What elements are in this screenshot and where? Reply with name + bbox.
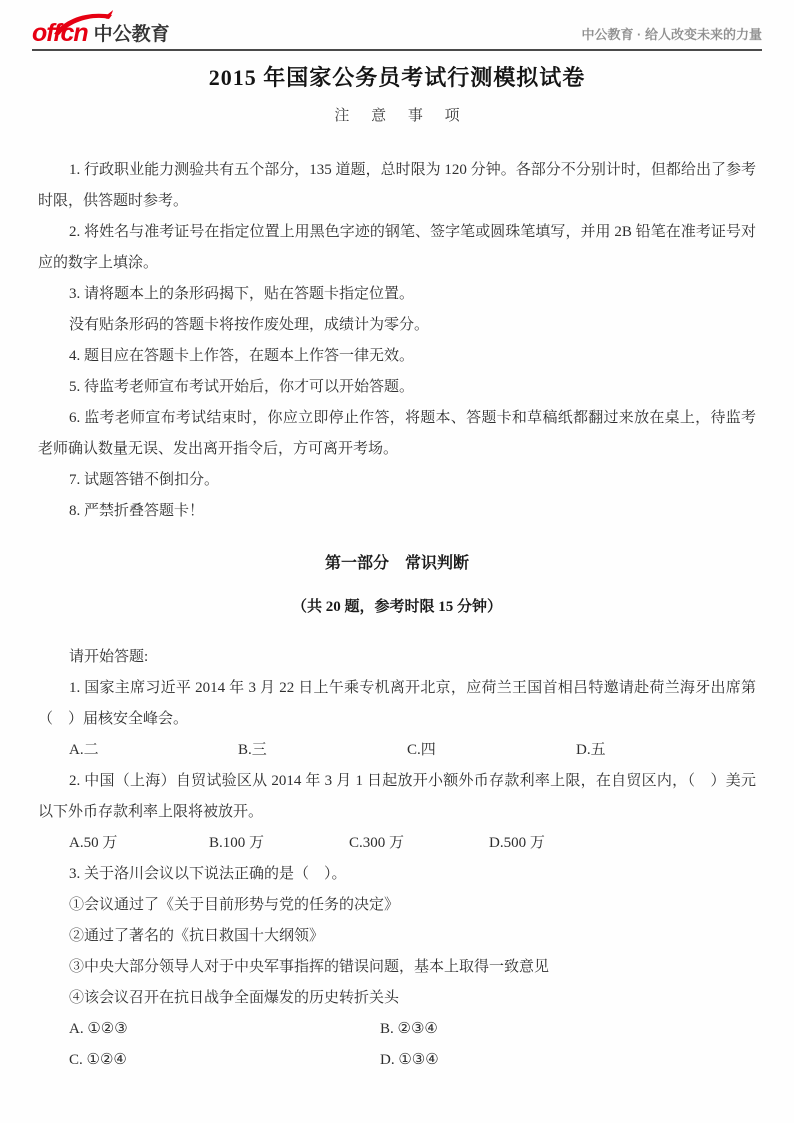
option-b: B.三 bbox=[238, 735, 407, 766]
option-d: D.五 bbox=[576, 735, 606, 766]
question-3-options-row-2: C. ①②④ D. ①③④ bbox=[38, 1045, 756, 1076]
instruction-item: 8. 严禁折叠答题卡！ bbox=[38, 496, 756, 527]
option-b: B.100 万 bbox=[209, 828, 349, 859]
statement-3: ③中央大部分领导人对于中央军事指挥的错误问题，基本上取得一致意见 bbox=[38, 952, 756, 983]
instruction-item: 5. 待监考老师宣布考试开始后，你才可以开始答题。 bbox=[38, 372, 756, 403]
option-c: C.四 bbox=[407, 735, 576, 766]
section-title: 第一部分 常识判断 bbox=[38, 553, 756, 575]
logo-swoosh-icon bbox=[52, 10, 114, 36]
start-prompt: 请开始答题: bbox=[38, 642, 756, 673]
instruction-item: 2. 将姓名与准考证号在指定位置上用黑色字迹的钢笔、签字笔或圆珠笔填写，并用 2… bbox=[38, 217, 756, 279]
brand-slogan: 中公教育 · 给人改变未来的力量 bbox=[581, 24, 762, 46]
question-1: 1. 国家主席习近平 2014 年 3 月 22 日上午乘专机离开北京，应荷兰王… bbox=[38, 673, 756, 766]
instruction-item: 1. 行政职业能力测验共有五个部分，135 道题，总时限为 120 分钟。各部分… bbox=[38, 155, 756, 217]
section-subtitle: （共 20 题，参考时限 15 分钟） bbox=[38, 597, 756, 618]
option-d: D.500 万 bbox=[489, 828, 545, 859]
offcn-logo: offcn bbox=[32, 21, 88, 46]
statement-4: ④该会议召开在抗日战争全面爆发的历史转折关头 bbox=[38, 983, 756, 1014]
option-a: A. ①②③ bbox=[69, 1014, 380, 1045]
instruction-item: 6. 监考老师宣布考试结束时，你应立即停止作答，将题本、答题卡和草稿纸都翻过来放… bbox=[38, 403, 756, 465]
option-b: B. ②③④ bbox=[380, 1014, 438, 1045]
option-c: C.300 万 bbox=[349, 828, 489, 859]
option-a: A.50 万 bbox=[69, 828, 209, 859]
instruction-item: 4. 题目应在答题卡上作答，在题本上作答一律无效。 bbox=[38, 341, 756, 372]
instruction-item: 3. 请将题本上的条形码揭下，贴在答题卡指定位置。 bbox=[38, 279, 756, 310]
brand-logo: offcn 中公教育 bbox=[32, 21, 170, 46]
question-3-options-row-1: A. ①②③ B. ②③④ bbox=[38, 1014, 756, 1045]
option-d: D. ①③④ bbox=[380, 1045, 439, 1076]
statement-1: ①会议通过了《关于目前形势与党的任务的决定》 bbox=[38, 890, 756, 921]
question-3: 3. 关于洛川会议以下说法正确的是（ ）。 ①会议通过了《关于目前形势与党的任务… bbox=[38, 859, 756, 1076]
question-1-options: A.二 B.三 C.四 D.五 bbox=[38, 735, 756, 766]
notice-heading: 注 意 事 项 bbox=[38, 105, 756, 127]
page-title: 2015 年国家公务员考试行测模拟试卷 bbox=[38, 63, 756, 93]
question-stem: 3. 关于洛川会议以下说法正确的是（ ）。 bbox=[38, 859, 756, 890]
option-c: C. ①②④ bbox=[69, 1045, 380, 1076]
page-header: offcn 中公教育 中公教育 · 给人改变未来的力量 bbox=[32, 10, 762, 51]
instruction-item: 没有贴条形码的答题卡将按作废处理，成绩计为零分。 bbox=[38, 310, 756, 341]
instruction-item: 7. 试题答错不倒扣分。 bbox=[38, 465, 756, 496]
question-stem: 1. 国家主席习近平 2014 年 3 月 22 日上午乘专机离开北京，应荷兰王… bbox=[38, 673, 756, 735]
question-2-options: A.50 万 B.100 万 C.300 万 D.500 万 bbox=[38, 828, 756, 859]
statement-2: ②通过了著名的《抗日救国十大纲领》 bbox=[38, 921, 756, 952]
instructions-list: 1. 行政职业能力测验共有五个部分，135 道题，总时限为 120 分钟。各部分… bbox=[38, 155, 756, 527]
option-a: A.二 bbox=[69, 735, 238, 766]
question-stem: 2. 中国（上海）自贸试验区从 2014 年 3 月 1 日起放开小额外币存款利… bbox=[38, 766, 756, 828]
exam-paper-page: offcn 中公教育 中公教育 · 给人改变未来的力量 2015 年国家公务员考… bbox=[0, 0, 794, 1123]
question-2: 2. 中国（上海）自贸试验区从 2014 年 3 月 1 日起放开小额外币存款利… bbox=[38, 766, 756, 859]
